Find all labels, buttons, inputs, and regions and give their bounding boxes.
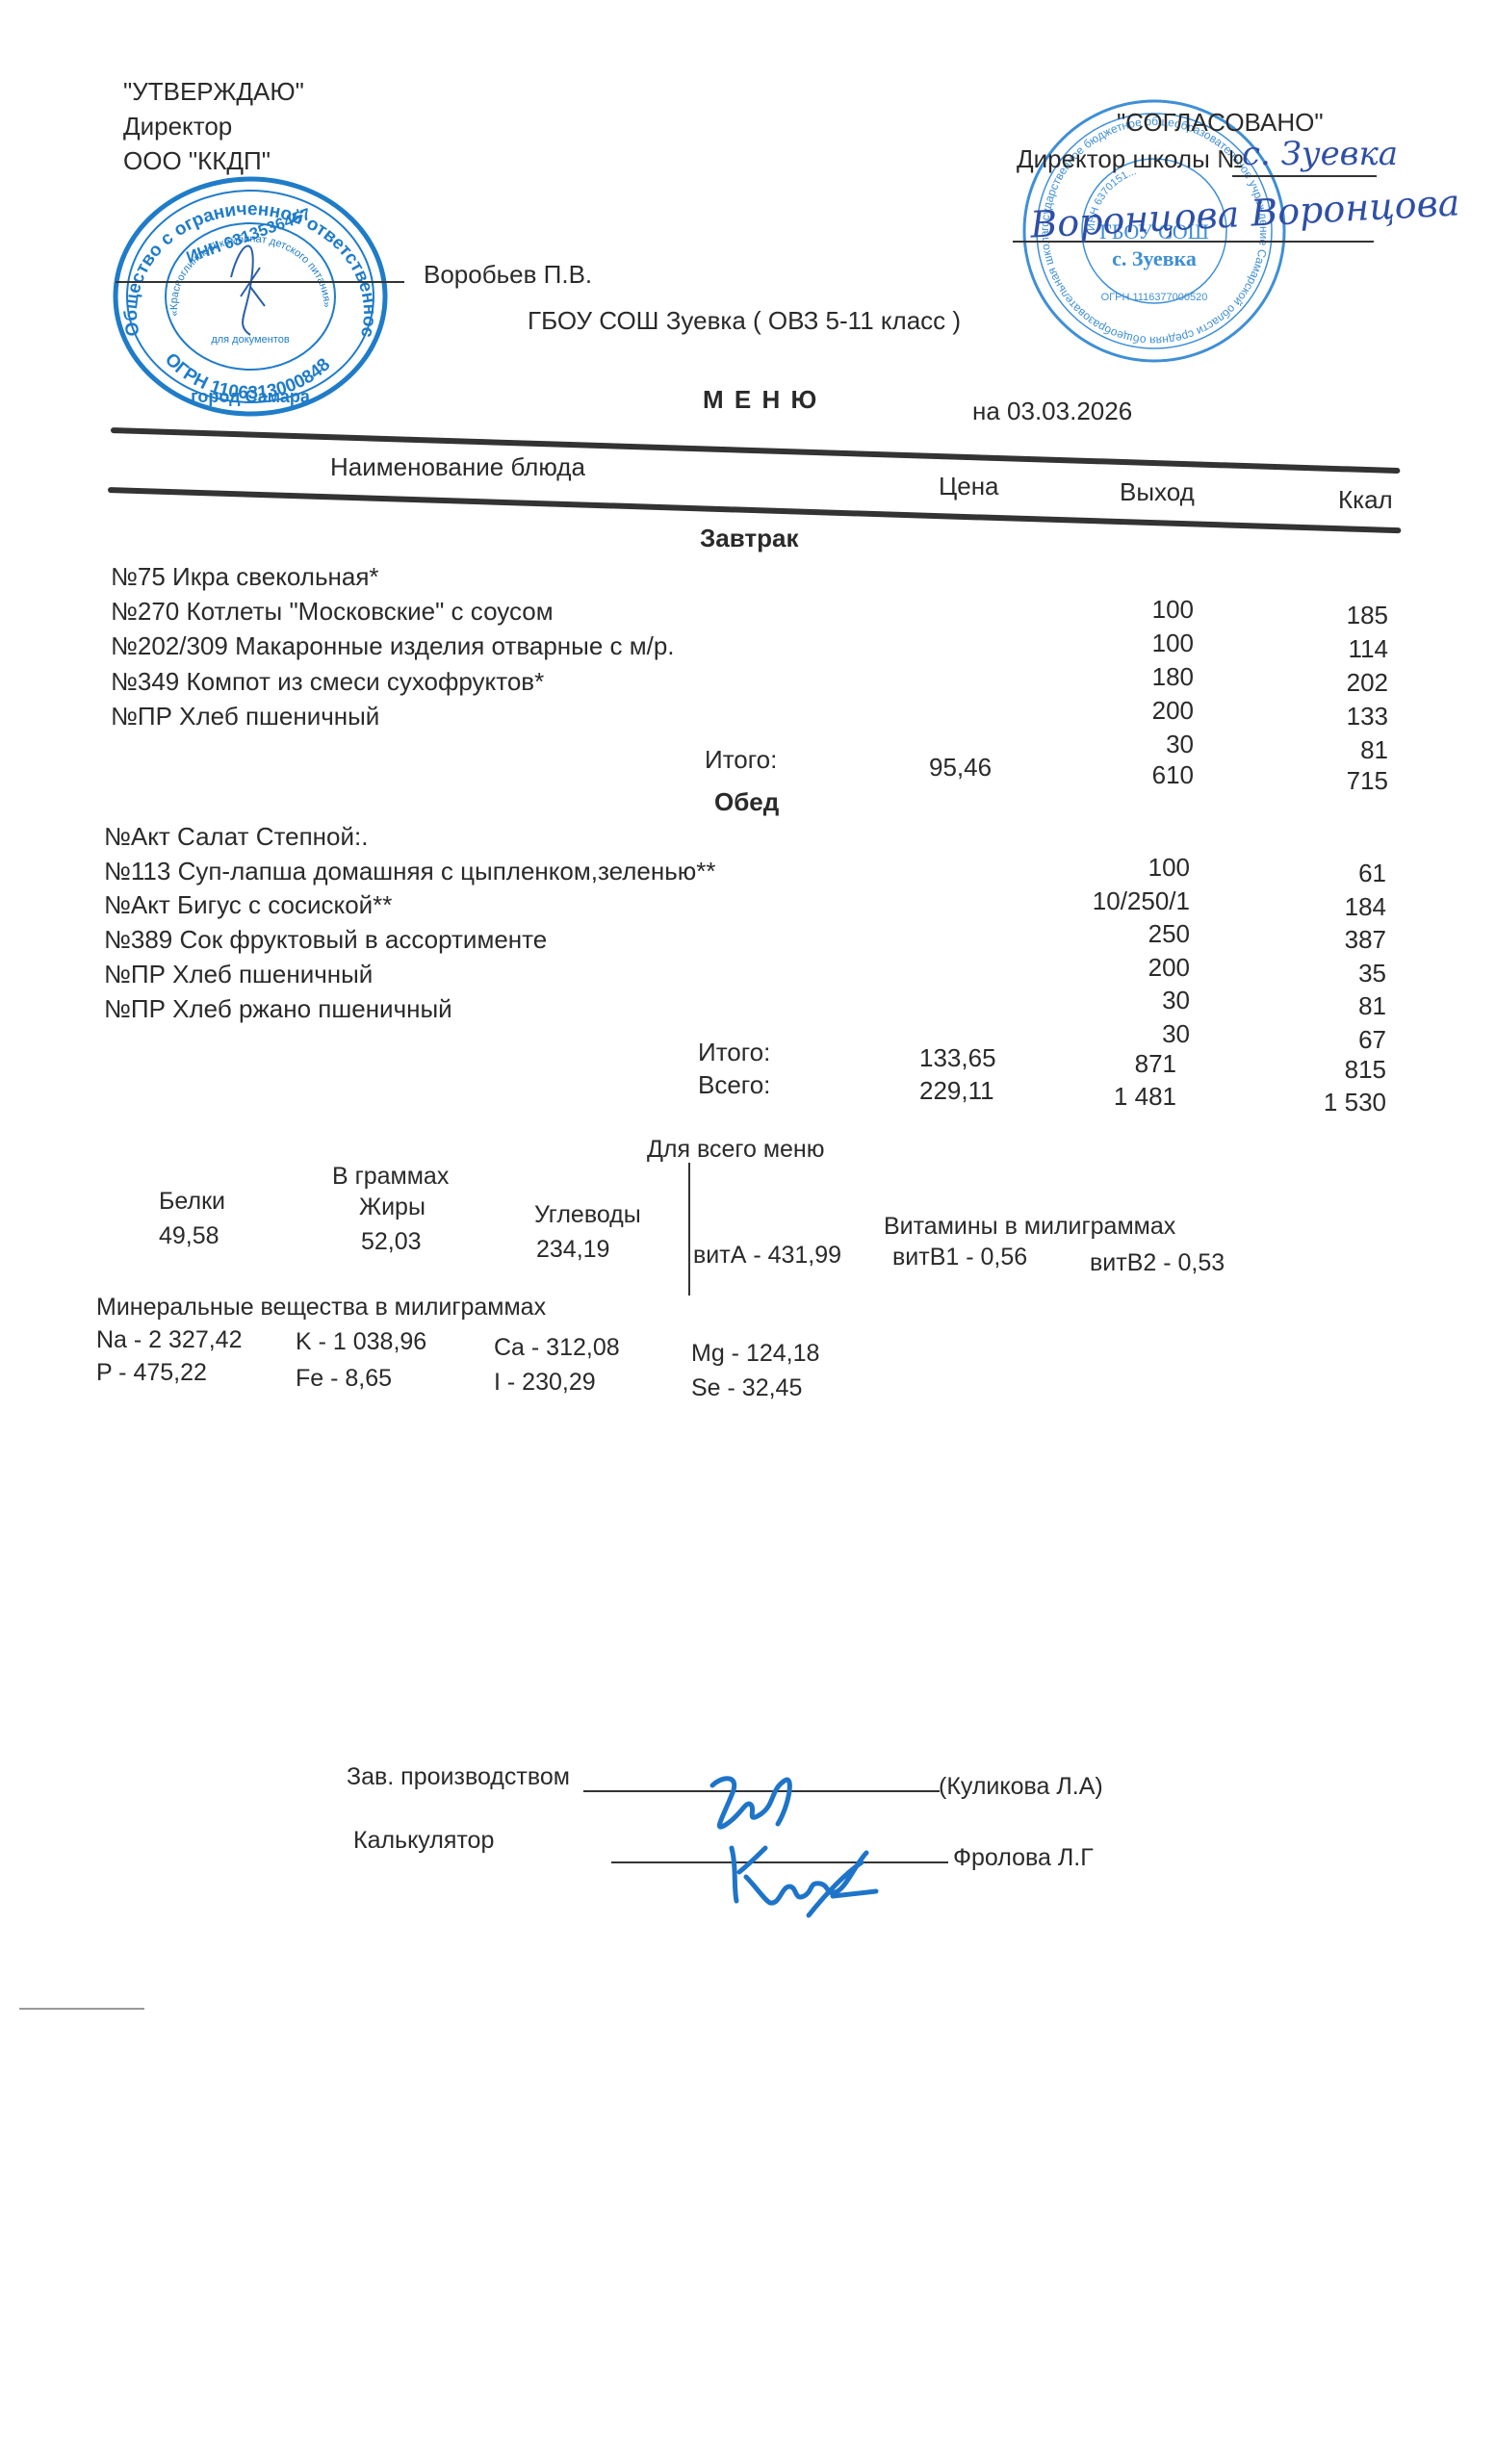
dish-name: №ПР Хлеб ржано пшеничный <box>104 994 452 1024</box>
breakfast-total-label: Итого: <box>705 745 777 775</box>
calculator-name: Фролова Л.Г <box>953 1844 1094 1872</box>
section-title-breakfast: Завтрак <box>700 524 798 553</box>
dish-kcal: 35 <box>1290 959 1386 988</box>
agreed-heading: "СОГЛАСОВАНО" <box>1117 108 1324 138</box>
breakfast-total-price: 95,46 <box>929 753 992 783</box>
fat-label: Жиры <box>359 1193 426 1221</box>
scan-edge-mark <box>19 2008 144 2010</box>
svg-text:Общество с ограниченной ответс: Общество с ограниченной ответственностью <box>106 171 379 340</box>
mineral-fe: Fe - 8,65 <box>296 1365 392 1393</box>
dish-kcal: 202 <box>1292 668 1388 698</box>
dish-yield: 30 <box>1055 1019 1190 1049</box>
column-header-name: Наименование блюда <box>330 452 585 482</box>
header-rule-top <box>111 427 1401 474</box>
approve-role: Директор <box>123 112 232 141</box>
grams-label: В граммах <box>332 1163 449 1191</box>
mineral-na: Na - 2 327,42 <box>96 1326 243 1354</box>
company-stamp-graphic: Общество с ограниченной ответственностью… <box>106 171 395 422</box>
director-name: Воробьев П.В. <box>424 260 592 290</box>
dish-name: №202/309 Макаронные изделия отварные с м… <box>111 631 675 661</box>
dish-yield: 100 <box>1055 853 1190 883</box>
grand-total-kcal: 1 530 <box>1290 1088 1386 1117</box>
production-head-name: (Куликова Л.А) <box>939 1773 1103 1801</box>
vitamin-b1: витВ1 - 0,56 <box>892 1244 1027 1271</box>
calculator-signature <box>712 1834 886 1920</box>
dish-yield: 200 <box>1059 696 1194 726</box>
svg-text:город Самара: город Самара <box>191 387 311 406</box>
lunch-total-kcal: 815 <box>1309 1055 1386 1085</box>
dish-kcal: 61 <box>1290 859 1386 888</box>
dish-kcal: 184 <box>1290 892 1386 922</box>
menu-date: на 03.03.2026 <box>972 397 1132 426</box>
dish-yield: 100 <box>1059 595 1194 625</box>
grand-total-yield: 1 481 <box>1088 1082 1176 1112</box>
for-whole-menu-label: Для всего меню <box>647 1136 824 1164</box>
vitamin-b2: витВ2 - 0,53 <box>1090 1249 1225 1277</box>
lunch-total-yield: 871 <box>1107 1049 1176 1079</box>
dish-kcal: 81 <box>1292 735 1388 765</box>
protein-label: Белки <box>159 1188 225 1216</box>
column-header-yield: Выход <box>1120 477 1195 507</box>
grand-total-label: Всего: <box>698 1070 770 1100</box>
mineral-i: I - 230,29 <box>494 1369 596 1397</box>
vitamins-label: Витамины в милиграммах <box>884 1213 1175 1241</box>
dish-yield: 250 <box>1055 919 1190 949</box>
minerals-label: Минеральные вещества в милиграммах <box>96 1294 546 1322</box>
calculator-label: Калькулятор <box>353 1827 494 1855</box>
dish-name: №75 Икра свекольная* <box>111 562 379 592</box>
svg-text:с. Зуевка: с. Зуевка <box>1112 246 1197 270</box>
grand-total-price: 229,11 <box>919 1076 994 1106</box>
dish-kcal: 387 <box>1290 925 1386 955</box>
mineral-se: Se - 32,45 <box>691 1374 802 1402</box>
mineral-k: K - 1 038,96 <box>296 1328 426 1356</box>
approve-heading: "УТВЕРЖДАЮ" <box>123 77 304 107</box>
dish-yield: 10/250/1 <box>1055 886 1190 916</box>
lunch-total-price: 133,65 <box>919 1043 996 1073</box>
breakfast-total-yield: 610 <box>1117 760 1194 790</box>
dish-name: №113 Суп-лапша домашняя с цыпленком,зеле… <box>104 857 716 886</box>
dish-yield: 30 <box>1059 730 1194 759</box>
mineral-p: P - 475,22 <box>96 1359 207 1387</box>
dish-kcal: 114 <box>1292 634 1388 664</box>
dish-yield: 100 <box>1059 629 1194 658</box>
dish-kcal: 133 <box>1292 702 1388 731</box>
protein-value: 49,58 <box>159 1222 219 1250</box>
director-signature-line <box>116 281 404 283</box>
dish-yield: 30 <box>1055 986 1190 1015</box>
agreed-role: Директор школы № <box>1017 144 1244 174</box>
dish-yield: 200 <box>1055 953 1190 983</box>
fat-value: 52,03 <box>361 1228 422 1256</box>
nutrition-divider <box>688 1163 690 1296</box>
dish-name: №270 Котлеты "Московские" с соусом <box>111 597 554 627</box>
lunch-total-label: Итого: <box>698 1038 770 1067</box>
dish-name: №ПР Хлеб пшеничный <box>111 702 379 731</box>
dish-kcal: 185 <box>1292 601 1388 630</box>
column-header-kcal: Ккал <box>1338 485 1393 515</box>
mineral-ca: Ca - 312,08 <box>494 1334 620 1362</box>
carbs-value: 234,19 <box>536 1236 609 1264</box>
dish-kcal: 67 <box>1290 1025 1386 1055</box>
dish-name: №Акт Салат Степной:. <box>104 822 368 852</box>
school-number-line <box>1232 175 1377 177</box>
dish-kcal: 81 <box>1290 991 1386 1021</box>
school-line: ГБОУ СОШ Зуевка ( ОВЗ 5-11 класс ) <box>528 306 961 336</box>
menu-title: М Е Н Ю <box>703 385 818 415</box>
company-stamp: Общество с ограниченной ответственностью… <box>106 171 395 422</box>
handwritten-school-name: с. Зуевка <box>1242 135 1398 173</box>
dish-name: №ПР Хлеб пшеничный <box>104 960 373 989</box>
carbs-label: Углеводы <box>534 1201 641 1229</box>
dish-name: №389 Сок фруктовый в ассортименте <box>104 925 547 955</box>
production-head-label: Зав. производством <box>347 1763 570 1791</box>
section-title-lunch: Обед <box>714 787 779 817</box>
dish-yield: 180 <box>1059 662 1194 692</box>
breakfast-total-kcal: 715 <box>1319 766 1388 796</box>
svg-text:ОГРН 1116377000520: ОГРН 1116377000520 <box>1101 292 1208 303</box>
column-header-price: Цена <box>939 472 999 501</box>
dish-name: №349 Компот из смеси сухофруктов* <box>111 667 544 697</box>
vitamin-a: витА - 431,99 <box>693 1242 841 1270</box>
mineral-mg: Mg - 124,18 <box>691 1340 819 1368</box>
svg-text:для документов: для документов <box>211 334 289 346</box>
dish-name: №Акт Бигус с сосиской** <box>104 890 392 920</box>
